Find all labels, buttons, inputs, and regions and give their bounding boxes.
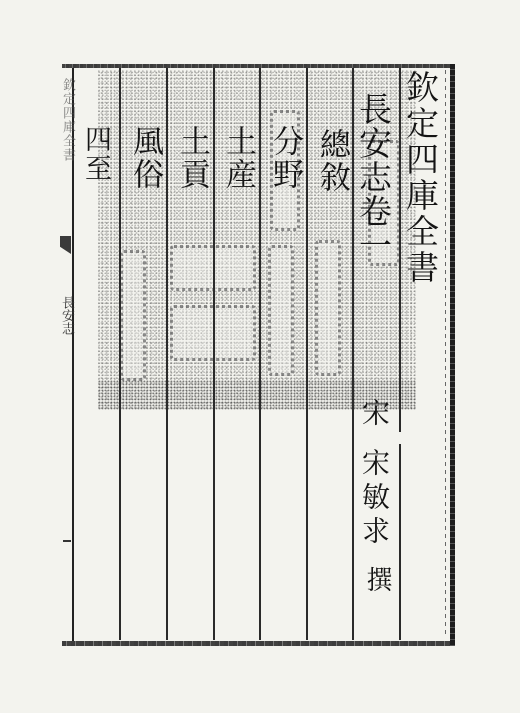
fish-tail-mark [60,236,71,254]
frame-right-inner-rule [445,70,446,638]
frame-top-border [62,64,454,68]
seal-glyph-stroke [315,240,341,376]
margin-tick-mark [63,540,71,542]
toc-entry-tugong: 土貢 [176,125,207,191]
column-rule [213,68,215,640]
margin-book-title: 長安志 [57,296,76,335]
author-dynasty: 宋 [360,398,388,426]
author-name: 宋敏求 [360,448,388,550]
column-rule [119,68,121,640]
toc-entry-tuchan: 土産 [222,125,253,191]
volume-title: 長安志卷一 [357,92,390,262]
authorship-verb: 撰 [364,566,390,592]
toc-entry-zongxu: 總敘 [316,128,347,194]
frame-bottom-border [62,641,454,646]
column-rule [399,444,401,640]
column-rule [306,68,308,640]
toc-entry-fengsu: 風俗 [129,125,160,191]
frame-right-border [450,64,455,646]
toc-entry-fenye: 分野 [269,125,300,191]
column-rule [166,68,168,640]
toc-entry-sizhi: 四至 [82,125,109,183]
seal-glyph-stroke [120,250,146,381]
margin-collection-title: 欽定四庫全書 [58,78,77,162]
document-page: 欽定四庫全書 長安志卷一 總敘 分野 土産 土貢 風俗 四至 宋 宋敏求 撰 欽… [0,0,520,713]
seal-glyph-stroke [268,245,294,376]
column-rule [259,68,261,640]
collection-title: 欽定四庫全書 [404,70,437,286]
